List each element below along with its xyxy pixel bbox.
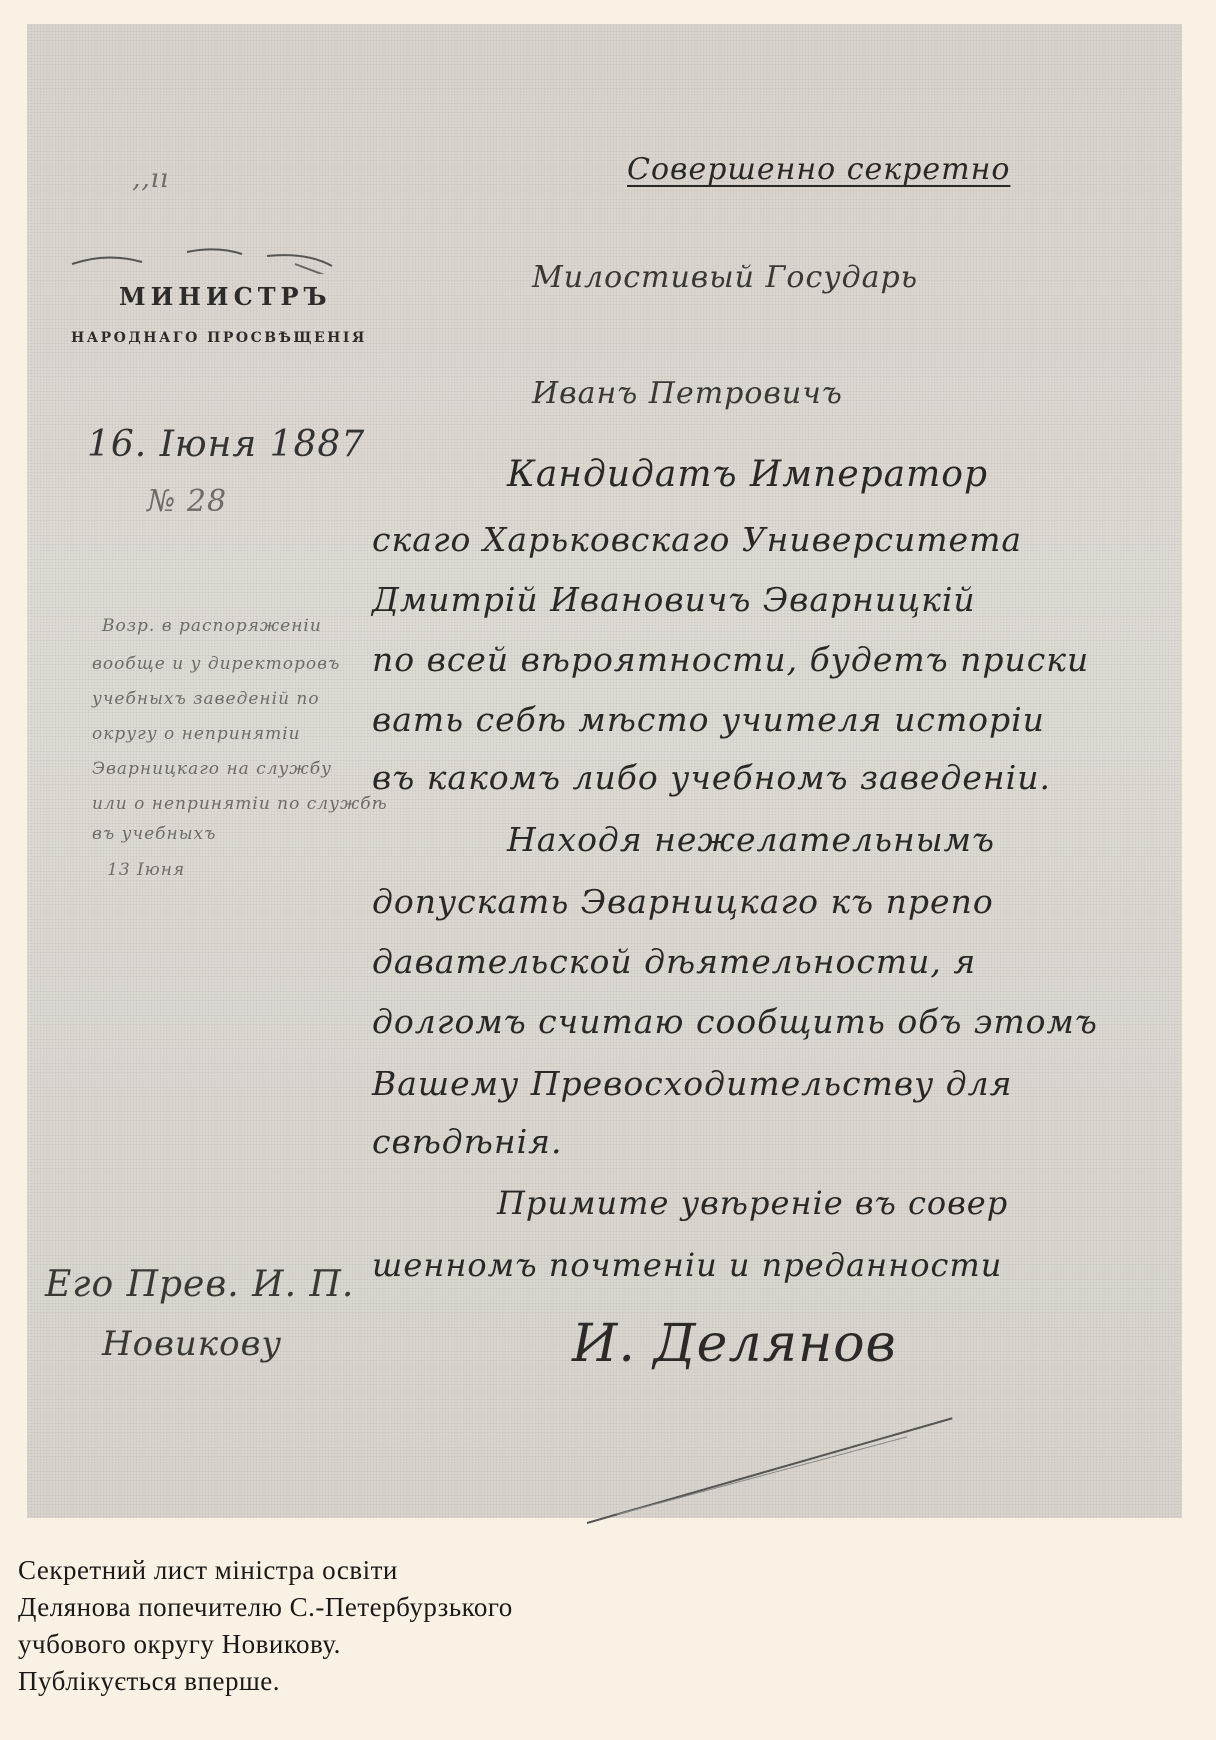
letter-number: № 28 [147, 484, 227, 519]
body-line: по всей вѣроятности, будетъ приски [372, 640, 1089, 679]
margin-note-line: 13 Іюня [107, 860, 185, 880]
document-photo: Совершенно секретно ‚‚ıı МИНИСТРЪ НАРОДН… [27, 24, 1182, 1518]
salutation-line-1: Милостивый Государь [532, 260, 918, 295]
caption-line: Публікується вперше. [18, 1663, 513, 1700]
body-line: давательской дѣятельности, я [372, 942, 976, 981]
eagle-ornament [67, 234, 337, 264]
addressee-line-1: Его Прев. И. П. [45, 1264, 354, 1305]
signature: И. Делянов [572, 1314, 897, 1374]
caption-line: учбового округу Новикову. [18, 1626, 513, 1663]
margin-note-line: въ учебныхъ [92, 824, 216, 844]
margin-note-line: Эварницкаго на службу [92, 759, 332, 779]
body-line: вать себѣ мѣсто учителя исторіи [372, 700, 1045, 739]
letterhead-department: НАРОДНАГО ПРОСВѢЩЕНІЯ [71, 330, 367, 346]
salutation-line-2: Иванъ Петровичъ [532, 376, 843, 411]
letterhead-ministry: МИНИСТРЪ [119, 282, 332, 311]
body-line: шенномъ почтеніи и преданности [372, 1246, 1002, 1284]
signature-flourish-2 [617, 1436, 907, 1515]
body-line: свѣдѣнія. [372, 1122, 562, 1161]
margin-note-line: Возр. в распоряженіи [102, 616, 322, 636]
letter-date: 16. Іюня 1887 [87, 424, 365, 465]
body-line: Находя нежелательнымъ [507, 820, 995, 859]
body-line: Примите увѣреніе въ совер [497, 1184, 1008, 1222]
corner-mark: ‚‚ıı [132, 164, 169, 194]
secret-note: Совершенно секретно [627, 152, 1010, 187]
margin-note-line: или о непринятіи по службѣ [92, 794, 388, 814]
figure-caption: Секретний лист міністра освіти Делянова … [18, 1552, 513, 1700]
body-line: долгомъ считаю сообщить объ этомъ [372, 1002, 1098, 1041]
body-line: Вашему Превосходительству для [372, 1064, 1013, 1103]
caption-line: Делянова попечителю С.-Петербурзького [18, 1589, 513, 1626]
margin-note-line: учебныхъ заведеній по [92, 689, 320, 709]
body-line: Дмитрій Ивановичъ Эварницкій [372, 580, 976, 619]
margin-note-line: вообще и у директоровъ [92, 654, 340, 674]
body-line: допускать Эварницкаго къ препо [372, 882, 994, 921]
body-line: Кандидатъ Император [507, 454, 988, 495]
body-line: въ какомъ либо учебномъ заведеніи. [372, 758, 1051, 797]
margin-note-line: округу о непринятіи [92, 724, 301, 744]
body-line: скаго Харьковскаго Университета [372, 520, 1022, 559]
addressee-line-2: Новикову [102, 1324, 282, 1364]
caption-line: Секретний лист міністра освіти [18, 1552, 513, 1589]
